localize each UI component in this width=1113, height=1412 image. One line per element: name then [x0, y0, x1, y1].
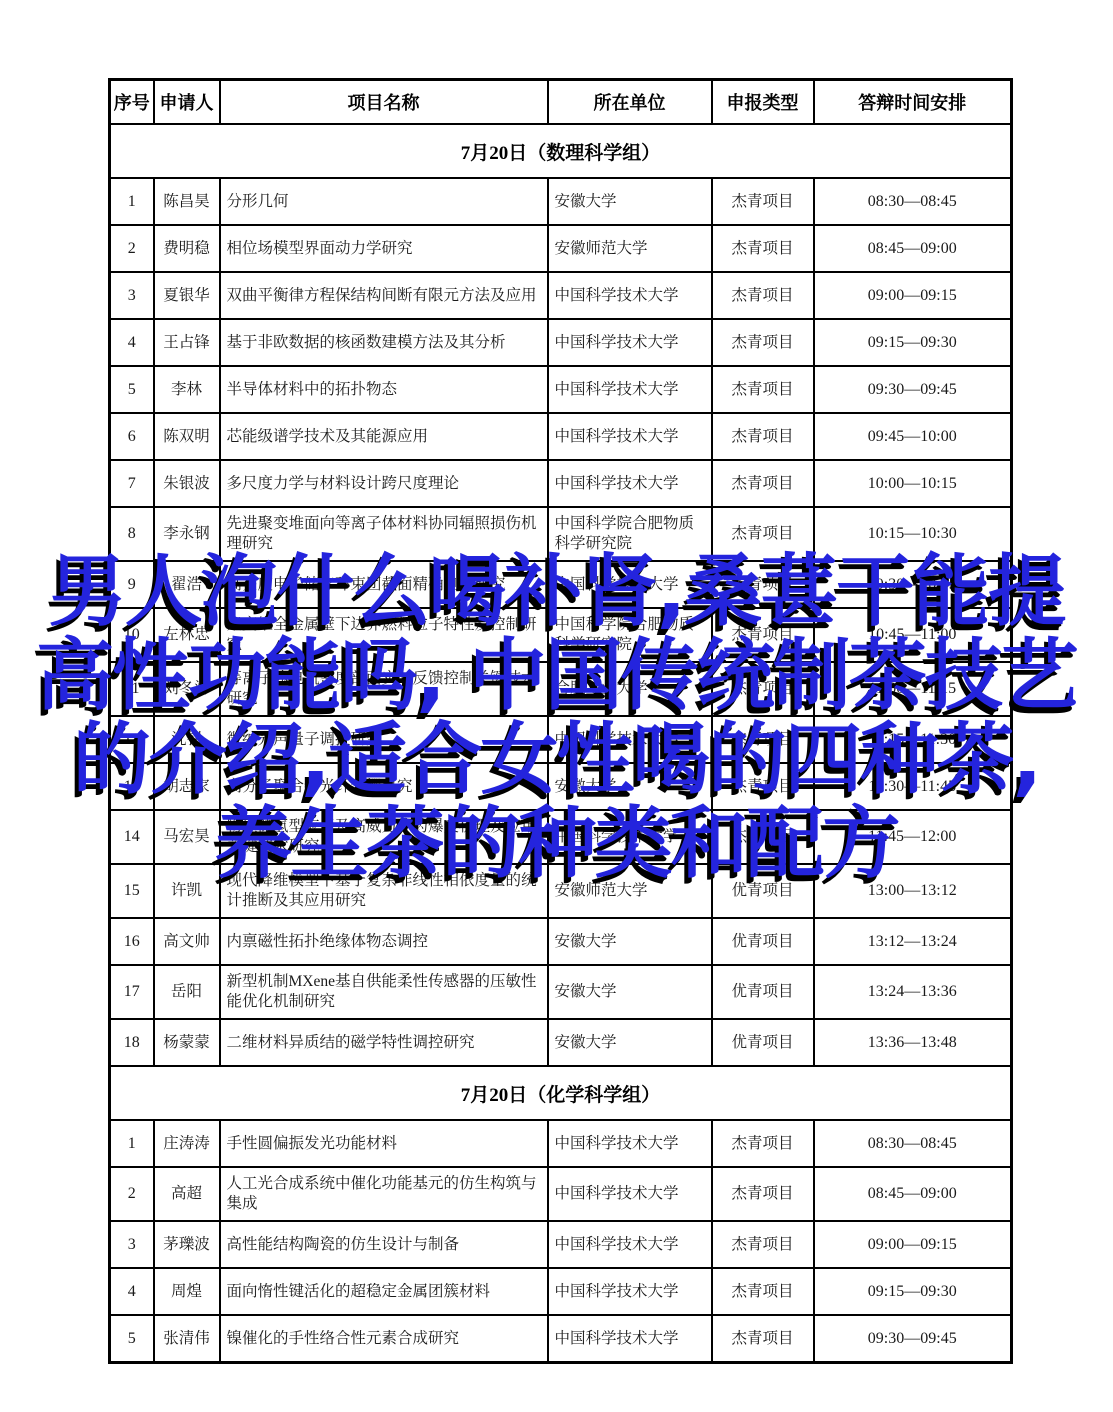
- column-header: 所在单位: [548, 80, 712, 125]
- table-row: 17岳阳新型机制MXene基自供能柔性传感器的压敏性能优化机制研究安徽大学优青项…: [110, 965, 1012, 1019]
- cell-time: 11:15—11:30: [814, 716, 1012, 763]
- cell-project: 物理储氢型应用及高威力炸药爆轰机理及应用关键技术研究: [220, 810, 548, 864]
- cell-type: 杰青项目: [712, 716, 814, 763]
- cell-time: 10:15—10:30: [814, 507, 1012, 561]
- section-title: 7月20日（数理科学组）: [110, 124, 1012, 178]
- cell-no: 8: [110, 507, 154, 561]
- cell-name: 王占锋: [154, 319, 220, 366]
- cell-project: 芯能级谱学技术及其能源应用: [220, 413, 548, 460]
- cell-project: 高分子聚合物光纤光栅研究: [220, 763, 548, 810]
- cell-name: 陈双明: [154, 413, 220, 460]
- cell-no: 2: [110, 225, 154, 272]
- table-header: 序号申请人项目名称所在单位申报类型答辩时间安排: [110, 80, 1012, 125]
- cell-type: 杰青项目: [712, 561, 814, 608]
- cell-name: 翟浩: [154, 561, 220, 608]
- cell-org: 中国科学技术大学: [548, 1268, 712, 1315]
- cell-time: 10:45—11:00: [814, 608, 1012, 662]
- cell-time: 13:00—13:12: [814, 864, 1012, 918]
- cell-org: 中国科学院合肥物质科学研究院: [548, 507, 712, 561]
- cell-no: 18: [110, 1019, 154, 1066]
- cell-type: 优青项目: [712, 918, 814, 965]
- cell-project: 分形几何: [220, 178, 548, 225]
- cell-name: 夏银华: [154, 272, 220, 319]
- cell-time: 09:15—09:30: [814, 319, 1012, 366]
- cell-type: 杰青项目: [712, 178, 814, 225]
- cell-type: 优青项目: [712, 864, 814, 918]
- cell-no: 10: [110, 608, 154, 662]
- cell-no: 15: [110, 864, 154, 918]
- cell-type: 杰青项目: [712, 662, 814, 716]
- cell-name: 左林忠: [154, 608, 220, 662]
- table-row: 2费明稳相位场模型界面动力学研究安徽师范大学杰青项目08:45—09:00: [110, 225, 1012, 272]
- table-row: 5张清伟镍催化的手性络合性元素合成研究中国科学技术大学杰青项目09:30—09:…: [110, 1315, 1012, 1363]
- cell-type: 优青项目: [712, 1019, 814, 1066]
- cell-project: 多尺度力学与材料设计跨尺度理论: [220, 460, 548, 507]
- cell-org: 安徽师范大学: [548, 225, 712, 272]
- cell-time: 13:12—13:24: [814, 918, 1012, 965]
- cell-no: 4: [110, 1268, 154, 1315]
- cell-no: 16: [110, 918, 154, 965]
- table-row: 2高超人工光合成系统中催化功能基元的仿生构筑与集成中国科学技术大学杰青项目08:…: [110, 1167, 1012, 1221]
- cell-name: 沈钊: [154, 716, 220, 763]
- cell-name: 胡志家: [154, 763, 220, 810]
- table-row: 6陈双明芯能级谱学技术及其能源应用中国科学技术大学杰青项目09:45—10:00: [110, 413, 1012, 460]
- defense-schedule-table: 序号申请人项目名称所在单位申报类型答辩时间安排 7月20日（数理科学组）1陈昌昊…: [108, 78, 1013, 1364]
- cell-no: 2: [110, 1167, 154, 1221]
- cell-org: 安徽大学: [548, 965, 712, 1019]
- cell-no: 9: [110, 561, 154, 608]
- cell-project: 现代降维模型下基于复杂非线性相依度量的统计推断及其应用研究: [220, 864, 548, 918]
- cell-org: 安徽大学: [548, 763, 712, 810]
- section-header-row: 7月20日（化学科学组）: [110, 1066, 1012, 1120]
- cell-type: 优青项目: [712, 965, 814, 1019]
- cell-time: 08:30—08:45: [814, 178, 1012, 225]
- cell-time: 11:30—11:45: [814, 763, 1012, 810]
- table-body: 7月20日（数理科学组）1陈昌昊分形几何安徽大学杰青项目08:30—08:452…: [110, 124, 1012, 1363]
- cell-type: 杰青项目: [712, 460, 814, 507]
- cell-type: 杰青项目: [712, 1221, 814, 1268]
- table-row: 8李永钢先进聚变堆面向等离子体材料协同辐照损伤机理研究中国科学院合肥物质科学研究…: [110, 507, 1012, 561]
- table-row: 3夏银华双曲平衡律方程保结构间断有限元方法及应用中国科学技术大学杰青项目09:0…: [110, 272, 1012, 319]
- cell-name: 周煌: [154, 1268, 220, 1315]
- cell-time: 10:30—10:45: [814, 561, 1012, 608]
- cell-org: 中国科学技术大学: [548, 1221, 712, 1268]
- cell-time: 08:30—08:45: [814, 1120, 1012, 1167]
- table-row: 9翟浩高亮度电子储存环束团截面精确测量研究中国科学技术大学杰青项目10:30—1…: [110, 561, 1012, 608]
- cell-org: 安徽大学: [548, 918, 712, 965]
- column-header: 申报类型: [712, 80, 814, 125]
- cell-time: 09:00—09:15: [814, 272, 1012, 319]
- table-row: 1庄涛涛手性圆偏振发光功能材料中国科学技术大学杰青项目08:30—08:45: [110, 1120, 1012, 1167]
- cell-time: 10:00—10:15: [814, 460, 1012, 507]
- cell-no: 13: [110, 763, 154, 810]
- cell-name: 费明稳: [154, 225, 220, 272]
- cell-time: 09:00—09:15: [814, 1221, 1012, 1268]
- cell-name: 杨蒙蒙: [154, 1019, 220, 1066]
- cell-type: 杰青项目: [712, 507, 814, 561]
- cell-project: 面向惰性键活化的超稳定金属团簇材料: [220, 1268, 548, 1315]
- cell-org: 安徽大学: [548, 178, 712, 225]
- cell-time: 11:45—12:00: [814, 810, 1012, 864]
- cell-name: 岳阳: [154, 965, 220, 1019]
- cell-project: 二维材料异质结的磁学特性调控研究: [220, 1019, 548, 1066]
- cell-project: 基于非欧数据的核函数建模方法及其分析: [220, 319, 548, 366]
- cell-org: 中国科学技术大学: [548, 460, 712, 507]
- cell-project: 内禀磁性拓扑绝缘体物态调控: [220, 918, 548, 965]
- table-row: 1陈昌昊分形几何安徽大学杰青项目08:30—08:45: [110, 178, 1012, 225]
- cell-no: 5: [110, 1315, 154, 1363]
- table-row: 11刘冬海等离子体电流密度剖面实时反馈控制关键技术研究合肥工业大学杰青项目11:…: [110, 662, 1012, 716]
- cell-org: 中国科学技术大学: [548, 716, 712, 763]
- cell-no: 12: [110, 716, 154, 763]
- cell-org: 中国科学技术大学: [548, 272, 712, 319]
- cell-project: 先进聚变堆面向等离子体材料协同辐照损伤机理研究: [220, 507, 548, 561]
- table-row: 5李林半导体材料中的拓扑物态中国科学技术大学杰青项目09:30—09:45: [110, 366, 1012, 413]
- cell-name: 许凯: [154, 864, 220, 918]
- cell-no: 1: [110, 178, 154, 225]
- cell-time: 09:45—10:00: [814, 413, 1012, 460]
- cell-project: 聚变堆全金属壁下边界燃料粒子特性及控制研究: [220, 608, 548, 662]
- cell-type: 杰青项目: [712, 366, 814, 413]
- cell-org: 中国科学技术大学: [548, 810, 712, 864]
- cell-no: 3: [110, 272, 154, 319]
- cell-project: 新型机制MXene基自供能柔性传感器的压敏性能优化机制研究: [220, 965, 548, 1019]
- cell-org: 中国科学技术大学: [548, 561, 712, 608]
- cell-time: 13:36—13:48: [814, 1019, 1012, 1066]
- section-title: 7月20日（化学科学组）: [110, 1066, 1012, 1120]
- cell-no: 4: [110, 319, 154, 366]
- cell-time: 09:30—09:45: [814, 1315, 1012, 1363]
- cell-name: 李林: [154, 366, 220, 413]
- table-row: 10左林忠聚变堆全金属壁下边界燃料粒子特性及控制研究中国科学院合肥物质科学研究院…: [110, 608, 1012, 662]
- cell-type: 杰青项目: [712, 763, 814, 810]
- cell-type: 杰青项目: [712, 810, 814, 864]
- cell-type: 杰青项目: [712, 413, 814, 460]
- cell-org: 中国科学院合肥物质科学研究院: [548, 608, 712, 662]
- cell-project: 等离子体电流密度剖面实时反馈控制关键技术研究: [220, 662, 548, 716]
- cell-time: 13:24—13:36: [814, 965, 1012, 1019]
- cell-org: 安徽大学: [548, 1019, 712, 1066]
- section-header-row: 7月20日（数理科学组）: [110, 124, 1012, 178]
- cell-time: 09:15—09:30: [814, 1268, 1012, 1315]
- cell-project: 高性能结构陶瓷的仿生设计与制备: [220, 1221, 548, 1268]
- cell-no: 1: [110, 1120, 154, 1167]
- cell-no: 11: [110, 662, 154, 716]
- table-row: 12沈钊微纳光声量子调控研究中国科学技术大学杰青项目11:15—11:30: [110, 716, 1012, 763]
- cell-type: 杰青项目: [712, 1315, 814, 1363]
- cell-project: 双曲平衡律方程保结构间断有限元方法及应用: [220, 272, 548, 319]
- cell-no: 14: [110, 810, 154, 864]
- cell-type: 杰青项目: [712, 272, 814, 319]
- table-row: 4周煌面向惰性键活化的超稳定金属团簇材料中国科学技术大学杰青项目09:15—09…: [110, 1268, 1012, 1315]
- cell-no: 17: [110, 965, 154, 1019]
- defense-schedule-sheet: 序号申请人项目名称所在单位申报类型答辩时间安排 7月20日（数理科学组）1陈昌昊…: [108, 78, 1013, 1364]
- cell-type: 杰青项目: [712, 1167, 814, 1221]
- cell-time: 08:45—09:00: [814, 1167, 1012, 1221]
- cell-org: 中国科学技术大学: [548, 413, 712, 460]
- table-row: 14马宏昊物理储氢型应用及高威力炸药爆轰机理及应用关键技术研究中国科学技术大学杰…: [110, 810, 1012, 864]
- cell-type: 杰青项目: [712, 319, 814, 366]
- cell-name: 刘冬海: [154, 662, 220, 716]
- column-header: 序号: [110, 80, 154, 125]
- cell-project: 微纳光声量子调控研究: [220, 716, 548, 763]
- cell-no: 3: [110, 1221, 154, 1268]
- cell-org: 中国科学技术大学: [548, 319, 712, 366]
- table-row: 18杨蒙蒙二维材料异质结的磁学特性调控研究安徽大学优青项目13:36—13:48: [110, 1019, 1012, 1066]
- header-row: 序号申请人项目名称所在单位申报类型答辩时间安排: [110, 80, 1012, 125]
- cell-org: 中国科学技术大学: [548, 1315, 712, 1363]
- table-row: 4王占锋基于非欧数据的核函数建模方法及其分析中国科学技术大学杰青项目09:15—…: [110, 319, 1012, 366]
- cell-org: 安徽师范大学: [548, 864, 712, 918]
- table-row: 13胡志家高分子聚合物光纤光栅研究安徽大学杰青项目11:30—11:45: [110, 763, 1012, 810]
- cell-no: 7: [110, 460, 154, 507]
- cell-type: 杰青项目: [712, 1268, 814, 1315]
- table-row: 15许凯现代降维模型下基于复杂非线性相依度量的统计推断及其应用研究安徽师范大学优…: [110, 864, 1012, 918]
- table-row: 7朱银波多尺度力学与材料设计跨尺度理论中国科学技术大学杰青项目10:00—10:…: [110, 460, 1012, 507]
- cell-name: 陈昌昊: [154, 178, 220, 225]
- table-row: 3茅瓅波高性能结构陶瓷的仿生设计与制备中国科学技术大学杰青项目09:00—09:…: [110, 1221, 1012, 1268]
- cell-name: 朱银波: [154, 460, 220, 507]
- cell-time: 11:00—11:15: [814, 662, 1012, 716]
- cell-project: 相位场模型界面动力学研究: [220, 225, 548, 272]
- cell-type: 杰青项目: [712, 1120, 814, 1167]
- cell-name: 李永钢: [154, 507, 220, 561]
- cell-type: 杰青项目: [712, 608, 814, 662]
- cell-org: 合肥工业大学: [548, 662, 712, 716]
- cell-time: 08:45—09:00: [814, 225, 1012, 272]
- cell-org: 中国科学技术大学: [548, 1120, 712, 1167]
- cell-name: 高超: [154, 1167, 220, 1221]
- cell-org: 中国科学技术大学: [548, 1167, 712, 1221]
- cell-name: 庄涛涛: [154, 1120, 220, 1167]
- column-header: 答辩时间安排: [814, 80, 1012, 125]
- cell-name: 张清伟: [154, 1315, 220, 1363]
- cell-name: 茅瓅波: [154, 1221, 220, 1268]
- cell-project: 镍催化的手性络合性元素合成研究: [220, 1315, 548, 1363]
- column-header: 申请人: [154, 80, 220, 125]
- cell-name: 马宏昊: [154, 810, 220, 864]
- cell-org: 中国科学技术大学: [548, 366, 712, 413]
- cell-no: 6: [110, 413, 154, 460]
- cell-project: 半导体材料中的拓扑物态: [220, 366, 548, 413]
- table-row: 16高文帅内禀磁性拓扑绝缘体物态调控安徽大学优青项目13:12—13:24: [110, 918, 1012, 965]
- cell-time: 09:30—09:45: [814, 366, 1012, 413]
- cell-project: 手性圆偏振发光功能材料: [220, 1120, 548, 1167]
- column-header: 项目名称: [220, 80, 548, 125]
- cell-type: 杰青项目: [712, 225, 814, 272]
- cell-project: 人工光合成系统中催化功能基元的仿生构筑与集成: [220, 1167, 548, 1221]
- cell-project: 高亮度电子储存环束团截面精确测量研究: [220, 561, 548, 608]
- cell-no: 5: [110, 366, 154, 413]
- cell-name: 高文帅: [154, 918, 220, 965]
